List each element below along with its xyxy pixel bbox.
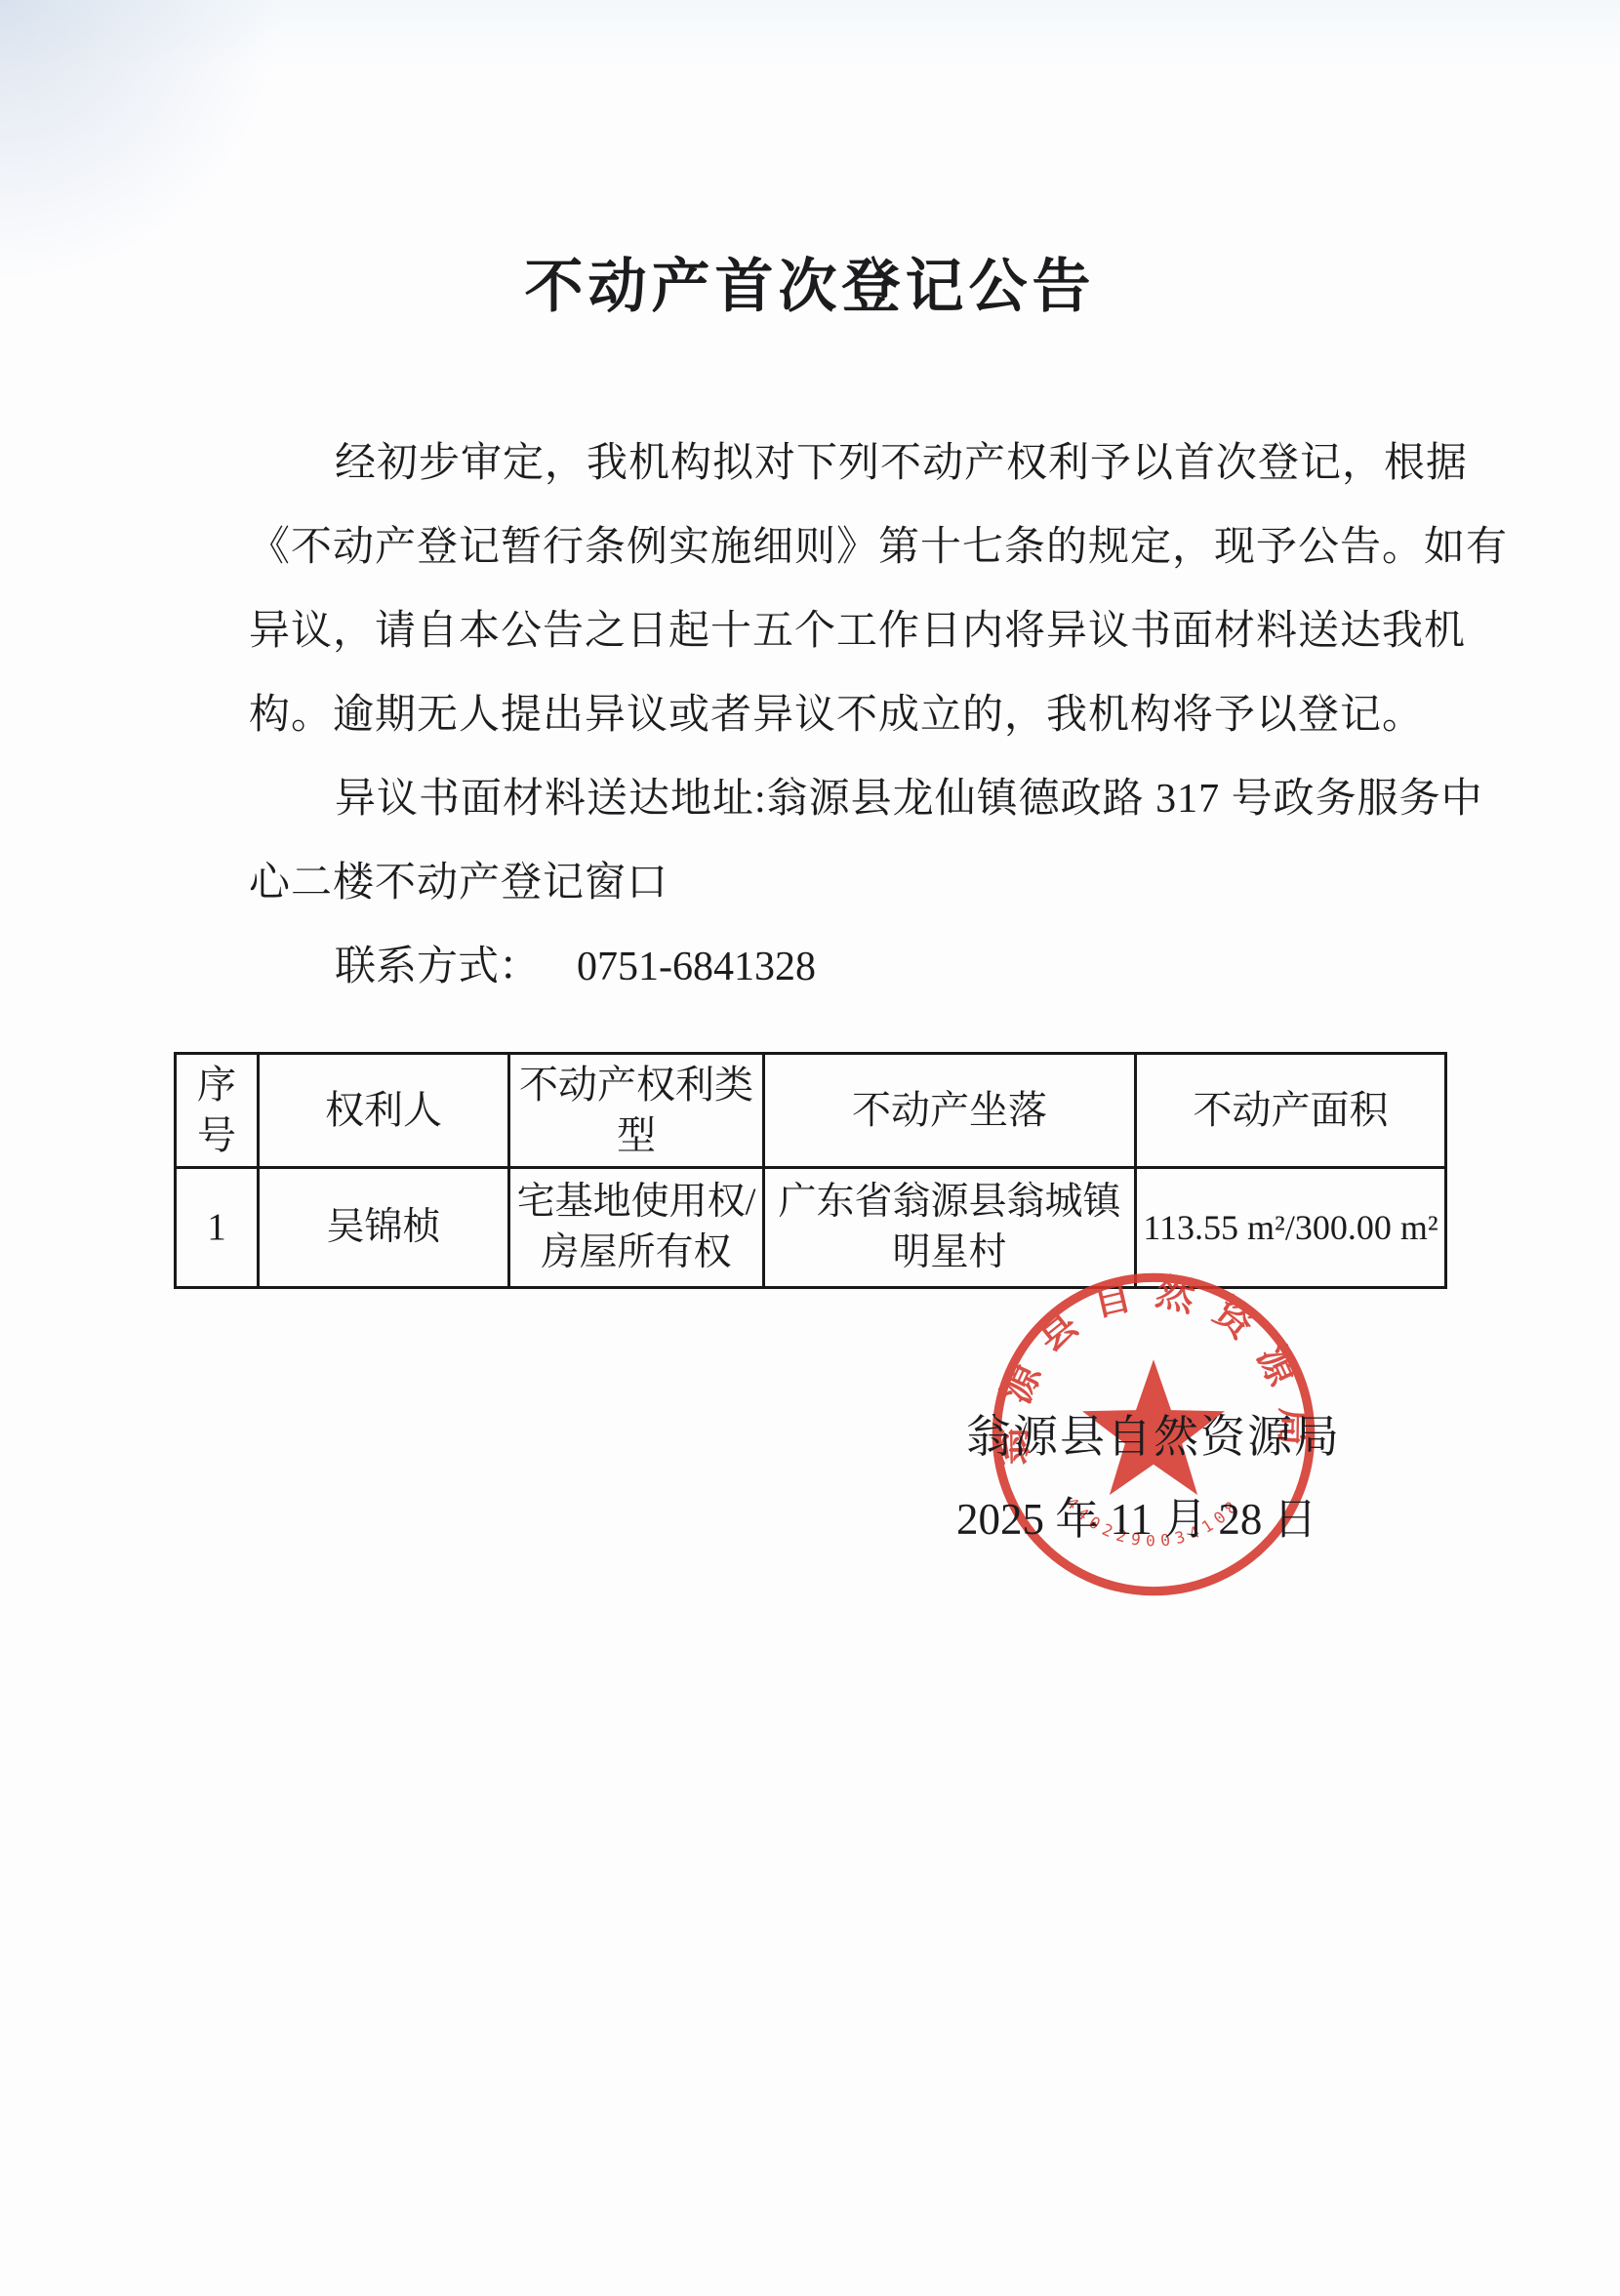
body-line-address: 异议书面材料送达地址:翁源县龙仙镇德政路 317 号政务服务中	[249, 757, 1464, 841]
contact-label: 联系方式：	[335, 945, 540, 989]
contact-row: 联系方式：0751-6841328	[249, 925, 1464, 1009]
registration-table: 序号 权利人 不动产权利类型 不动产坐落 不动产面积 1 吴锦桢 宅基地使用权/…	[174, 1052, 1447, 1289]
body-line: 构。逾期无人提出异议或者异议不成立的，我机构将予以登记。	[249, 673, 1464, 757]
body-line-address: 心二楼不动产登记窗口	[249, 841, 1464, 925]
announcement-body: 经初步审定，我机构拟对下列不动产权利予以首次登记，根据 《不动产登记暂行条例实施…	[249, 422, 1464, 1009]
body-line: 经初步审定，我机构拟对下列不动产权利予以首次登记，根据	[249, 422, 1464, 505]
body-line: 《不动产登记暂行条例实施细则》第十七条的规定，现予公告。如有	[249, 505, 1464, 589]
signature-organization: 翁源县自然资源局	[966, 1401, 1341, 1466]
header-cell-no: 序号	[176, 1054, 259, 1168]
header-cell-location: 不动产坐落	[764, 1054, 1136, 1168]
document-page: 不动产首次登记公告 经初步审定，我机构拟对下列不动产权利予以首次登记，根据 《不…	[0, 0, 1620, 2296]
cell-no: 1	[176, 1168, 259, 1288]
cell-holder: 吴锦桢	[259, 1168, 509, 1288]
location-line: 广东省翁源县翁城镇	[771, 1177, 1128, 1228]
signature-date: 2025 年 11 月 28 日	[956, 1483, 1317, 1547]
contact-phone-number: 0751-6841328	[577, 945, 816, 989]
right-type-line: 房屋所有权	[516, 1228, 756, 1278]
header-cell-area: 不动产面积	[1136, 1054, 1446, 1168]
body-line: 异议，请自本公告之日起十五个工作日内将异议书面材料送达我机	[249, 589, 1464, 673]
header-cell-right-type: 不动产权利类型	[509, 1054, 764, 1168]
right-type-line: 宅基地使用权/	[516, 1177, 756, 1228]
cell-right-type: 宅基地使用权/ 房屋所有权	[509, 1168, 764, 1288]
page-title: 不动产首次登记公告	[0, 240, 1620, 324]
header-cell-holder: 权利人	[259, 1054, 509, 1168]
table-header-row: 序号 权利人 不动产权利类型 不动产坐落 不动产面积	[176, 1054, 1446, 1168]
